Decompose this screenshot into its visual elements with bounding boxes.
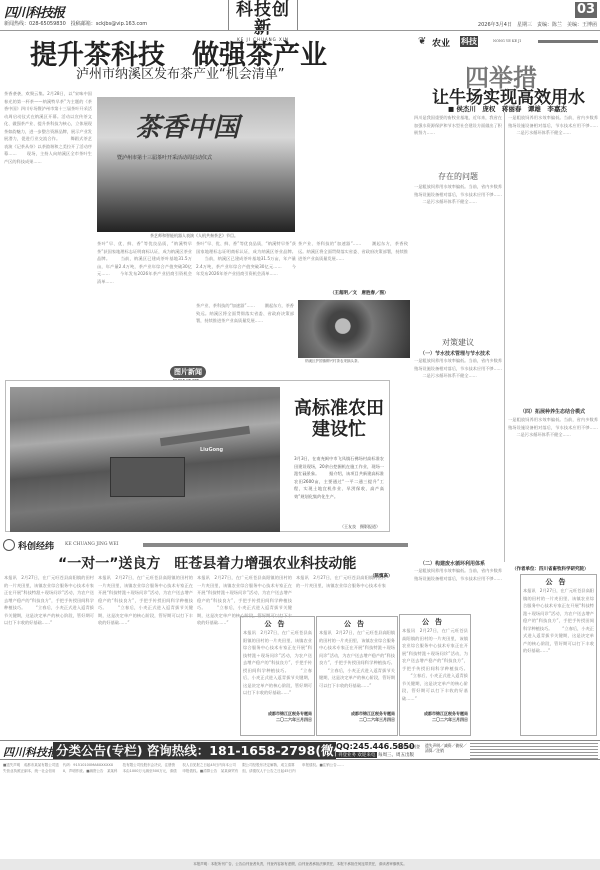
agri-intro: 四川是我国重要的畜牧业基地，近年来，我省在加强水资源保护和节水型社会建设方面做出… (414, 114, 502, 169)
farmer-photo-caption: 纳溪区护国镇柳兴村茶农采摘头茶。 (305, 359, 361, 364)
classified-categories: 遗失声明／减资／债权／清算／注销 (425, 743, 467, 753)
wangcang-body-col1: 本报讯 2月27日，在广元旺苍县高阳镇的田村的一片麦田里，该镇农业综合服务中心技… (4, 574, 94, 736)
notice-body: 本报讯 2月27日，在广元旺苍县高阳镇的田村的一片麦田里，该镇农业综合服务中心技… (319, 629, 395, 711)
wangcang-headline: “一对一”送良方 旺苍县着力增强农业科技动能 (58, 553, 356, 573)
classified-hotline: 分类公告(专栏) 咨询热线：181-1658-2798(微信同号) (53, 742, 336, 759)
photo-news-credit: （王友良 摄影报道） (340, 524, 380, 530)
section-header: 科技创新 KE JI CHUANG XIN (228, 0, 298, 30)
newspaper-logo: 四川科技报 (4, 2, 64, 21)
kcjw-circle-icon (3, 539, 15, 551)
kcjw-label: 科创经纬 (18, 539, 54, 552)
notice-3: 公告 本报讯 2月27日，在广元旺苍县高阳镇的田村的一片麦田里，该镇农业综合服务… (399, 614, 471, 736)
agri-sub-b-body: 一是粗放饲养用水效率偏低。当前，省内多数养殖场设施设备相对落后，节水技术应用不够… (414, 567, 502, 581)
tea-farmer-photo (298, 300, 410, 358)
notice-title: 公告 (402, 617, 468, 627)
agri-section-rule (538, 40, 598, 43)
lead-body-col2b: 茶叶“早、优、鲜、香”等优良品质，“纳溪特早茶”获国家地理标志证明商标认证，成为… (196, 240, 296, 300)
agri-section-header: ❦ 农业 科技 NONG YE KE JI (418, 36, 598, 50)
tea-photo-caption: 茶艺师和智能机器人表演《人机共奏茶艺》节目。 (150, 233, 238, 239)
kcjw-rule (143, 543, 408, 547)
section-title: 科技创新 (229, 1, 297, 37)
kcjw-section-bar: 科创经纬 KE CHUANG JING WEI (3, 538, 408, 552)
agri-author-unit: （作者单位：四川省畜牧科学研究院） (512, 566, 589, 572)
photo-news-badge: 图片新闻 (170, 366, 206, 378)
photo-title-text: 茶香中国 (135, 107, 239, 144)
agri-sub-d: （四）拓展种养生态结合模式 (520, 408, 585, 415)
agri-section-label: 农业 (432, 36, 450, 49)
footer-disclaimer: 本报声明：本报所刊广告、公告由刊登者负责，刊登内容如有虚假，由刊登者承担法律责任… (0, 859, 600, 870)
photo-banner-text: 暨泸州市第十三届茶叶开采活动周启动仪式 (117, 154, 212, 161)
lead-credit: （王超明／文 唐胜春／图） (330, 290, 389, 296)
leaf-icon: ❦ (418, 36, 426, 47)
agri-section-pinyin: NONG YE KE JI (493, 39, 521, 43)
agri-sub-d-body: 一是粗放饲养用水效率偏低。当前，省内多数养殖场设施设备相对落后，节水技术应用不够… (508, 416, 598, 564)
notice-sign-date: 二〇二六年三月四日 (243, 717, 312, 723)
classified-qq-note: 欢迎咨询刊登 (396, 744, 420, 750)
agri-sub-a-body: 一是粗放饲养用水效率偏低。当前，省内多数养殖场设施设备相对落后，节水技术应用不够… (414, 357, 502, 557)
agri-section-keji: 科技 (460, 36, 478, 47)
excavator-brand: LiuGong (200, 447, 223, 453)
photo-news-body: 3月3日，在南充闽中市飞凤镇石佛场村高标准农田建设现场，20余台挖掘机在施工作业… (294, 455, 384, 521)
lead-body-col2: 茶叶“早、优、鲜、香”等优良品质，“纳溪特早茶”获国家地理标志证明商标认证，成为… (97, 240, 192, 360)
classified-days: 每周三、周五出版 (378, 752, 414, 758)
photo-news-headline: 高标准农田建设忙 (294, 398, 384, 440)
classified-tag: 刊登业务 欢迎来电 (336, 752, 377, 758)
agri-col2-body: 一是粗放饲养用水效率偏低。当前，省内多数养殖场设施设备相对落后，节水技术应用不够… (508, 114, 598, 404)
notice-title: 公告 (243, 619, 312, 629)
header-divider (0, 30, 600, 31)
lead-body-col1: 茶香袭袭，欢聚云集。2月28日，以“宋味中国春光的第一杯茶——纳溪特早茶”为主题… (4, 90, 92, 350)
excavator-arm-shape (160, 426, 250, 446)
classified-logo: 四川科技报 (3, 744, 58, 760)
wangcang-credit: （陈慎高） (370, 573, 393, 579)
agri-subhead-problems: 存在的问题 (414, 171, 502, 182)
lead-subheadline: 泸州市纳溪区发布茶产业“机会清单” (76, 63, 284, 82)
classified-ad-block (470, 742, 598, 759)
excavator-photo: LiuGong (10, 387, 280, 532)
notice-title: 公告 (523, 577, 594, 587)
excavator-shape (110, 457, 185, 497)
agri-sub-a: （一）节水技术管理与节水技术 (420, 350, 490, 357)
notice-sign-date: 二〇二六年三月四日 (402, 717, 468, 723)
column-divider (504, 112, 505, 562)
lead-body-col3: 茶产业、茶科技的“加速器”…… 潮起东方，茶香致远。纳溪区将全面贯彻落实省委、省… (298, 240, 408, 290)
notice-sign-date: 二〇二六年三月四日 (319, 717, 395, 723)
lead-body-col3b: 茶产业、茶科技的“加速器”…… 潮起东方，茶香致远。纳溪区将全面贯彻落实省委、省… (196, 302, 294, 362)
kcjw-pinyin: KE CHUANG JING WEI (65, 542, 119, 547)
classified-banner: 四川科技报 分类公告(专栏) 咨询热线：181-1658-2798(微信同号) … (0, 740, 600, 760)
notice-title: 公告 (319, 619, 395, 629)
tea-event-photo: 茶香中国 暨泸州市第十三届茶叶开采活动周启动仪式 (97, 97, 295, 232)
notice-1: 公告 本报讯 2月27日，在广元旺苍县高阳镇的田村的一片麦田里，该镇农业综合服务… (240, 616, 315, 736)
agri-sub-b: （二）构建废水循环利用体系 (420, 560, 485, 567)
notice-body: 本报讯 2月27日，在广元旺苍县高阳镇的田村的一片麦田里，该镇农业综合服务中心技… (523, 587, 594, 727)
agri-problems-body: 一是粗放饲养用水效率偏低。当前，省内多数养殖场设施设备相对落后，节水技术应用不够… (414, 183, 502, 333)
agri-subhead-suggestions: 对策建议 (414, 337, 502, 348)
classified-listings: ■遗失声明 成都市某某有限公司遗失营业执照正副本，统一社会信用代码：915101… (0, 762, 600, 858)
contact-info: 新闻热线：028-65059830 投稿邮箱：sckjbs@vip.163.co… (4, 20, 147, 27)
agri-authors: ■ 侯杰川 庞权 蒋丽春 谭雄 李嘉杰 (448, 104, 567, 113)
notice-body: 本报讯 2月27日，在广元旺苍县高阳镇的田村的一片麦田里，该镇农业综合服务中心技… (243, 629, 312, 711)
wangcang-body-col2: 本报讯 2月27日，在广元旺苍县高阳镇的田村的一片麦田里，该镇农业综合服务中心技… (98, 574, 193, 736)
page-number: 03 (575, 2, 597, 18)
date-line: 2026年3月4日 星期三 责编：陈兰 美编：王博函 (478, 21, 597, 28)
notice-2: 公告 本报讯 2月27日，在广元旺苍县高阳镇的田村的一片麦田里，该镇农业综合服务… (316, 616, 398, 736)
notice-body: 本报讯 2月27日，在广元旺苍县高阳镇的田村的一片麦田里，该镇农业综合服务中心技… (402, 627, 468, 711)
notice-4: 公告 本报讯 2月27日，在广元旺苍县高阳镇的田村的一片麦田里，该镇农业综合服务… (520, 574, 597, 736)
